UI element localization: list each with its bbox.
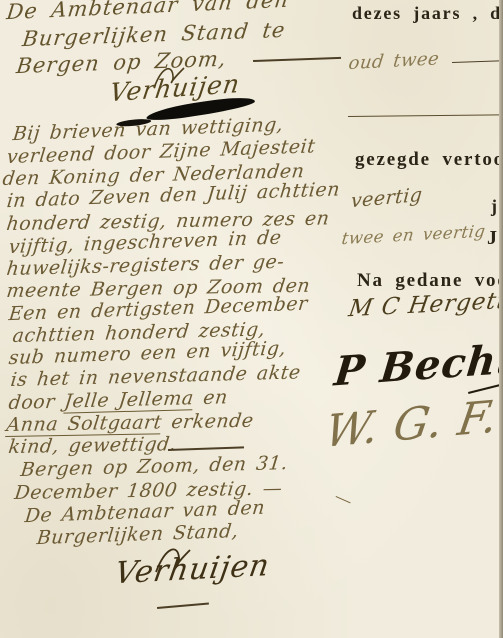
signature-underline-stroke (157, 602, 209, 609)
act-printed-fragment-1: dezes jaars , des (352, 3, 503, 24)
act-handwritten-veertig: veertig (350, 184, 423, 213)
father-name: Jelle Jellema (63, 387, 195, 413)
act-printed-fragment-2: gezegde vertoon (355, 149, 503, 171)
scan-edge-shadow (499, 0, 503, 638)
father-line-prefix: door (7, 391, 65, 415)
act-handwritten-twee-en-veertig: twee en veertig (341, 221, 487, 248)
witness-signature-1: M C Hergett (347, 288, 503, 323)
father-line-suffix: en (192, 386, 229, 409)
document-scan: De Ambtenaar van den Burgerlijken Stand … (0, 0, 503, 638)
printed-rule-line (348, 114, 500, 117)
witness-signature-2: P Becht (332, 335, 503, 395)
signature-tail-stroke (336, 496, 351, 503)
note-body-line-15: kind, gewettigd. (7, 433, 177, 458)
act-handwritten-age: oud twee (347, 48, 440, 74)
pen-dash-stroke (253, 57, 341, 62)
witness-signature-3: W. G. F. W (322, 386, 503, 458)
officiant-signature-bottom: Verhuijen (112, 548, 272, 591)
pen-dash-stroke (168, 446, 244, 451)
act-printed-partial-2: J (487, 227, 499, 250)
note-body-line-14: Anna Soltgaart erkende (5, 410, 255, 436)
act-printed-partial-1: j (491, 196, 499, 217)
pen-dash-stroke (452, 60, 503, 63)
mother-line-suffix: erkende (161, 410, 255, 434)
note-officiant-line-2: Burgerlijken Stand te (21, 18, 287, 51)
